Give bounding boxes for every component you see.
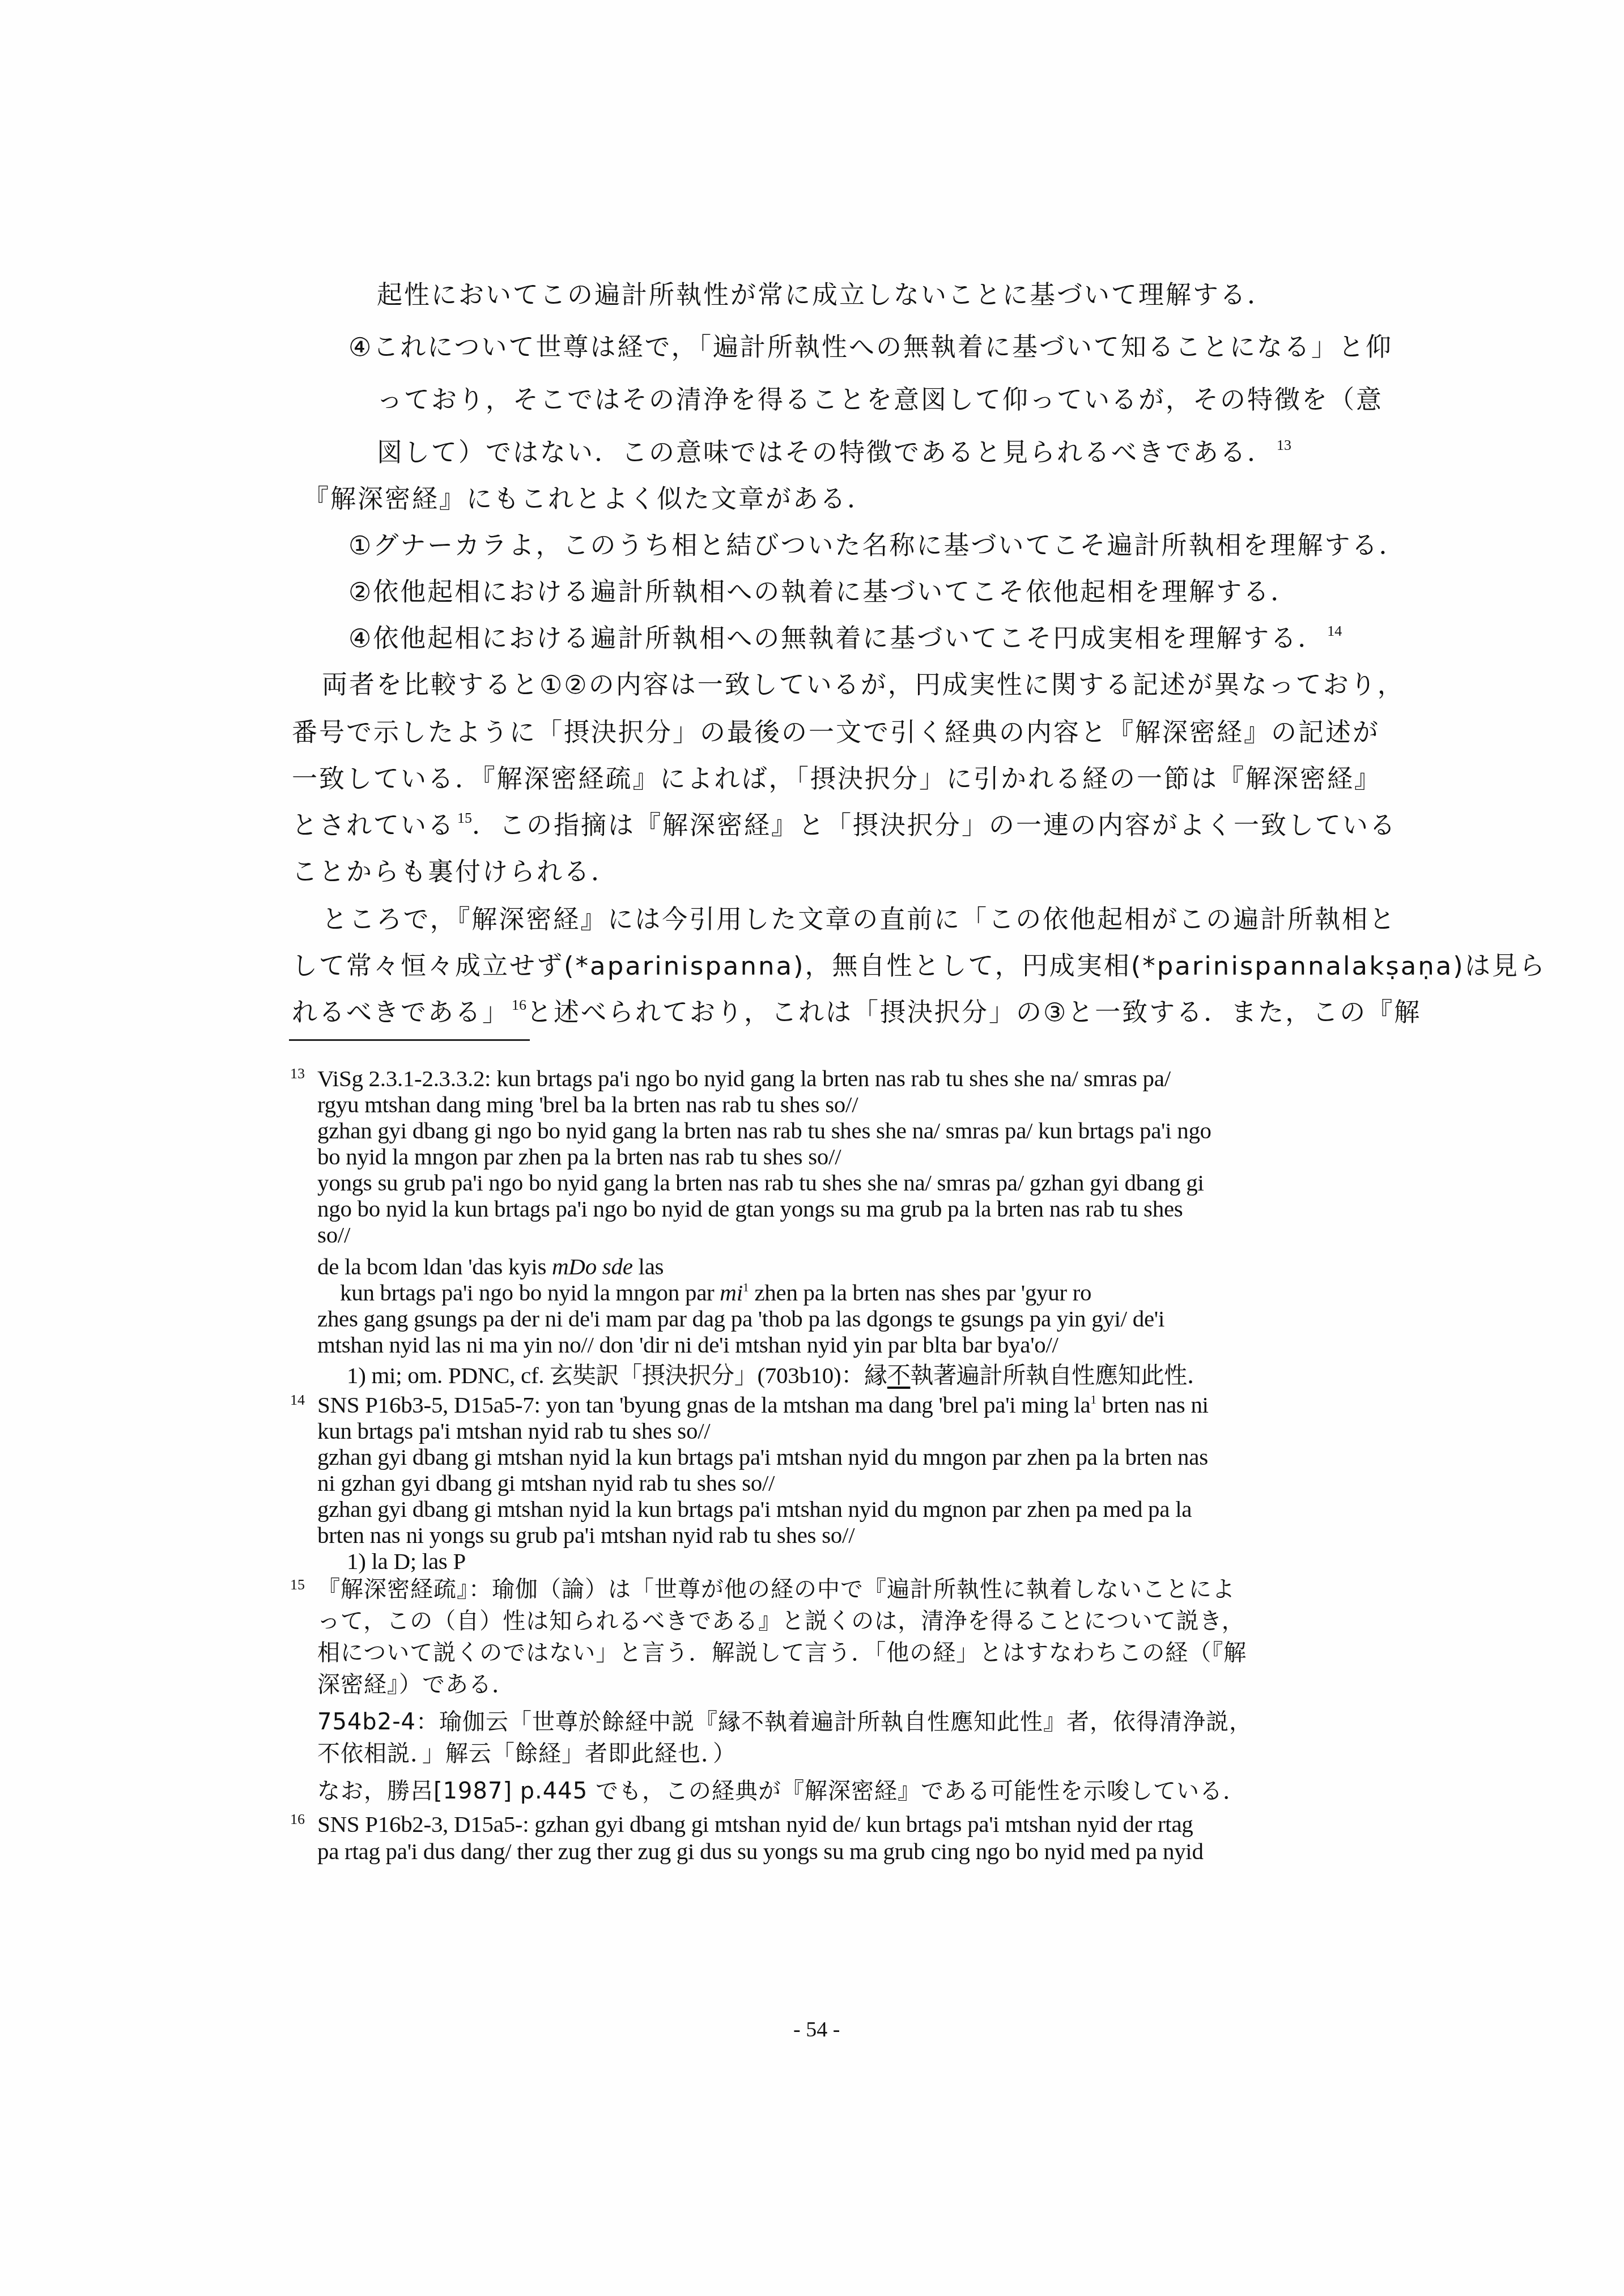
footnote-14-line: ni gzhan gyi dbang gi mtshan nyid rab tu… [317,1470,775,1496]
body-line: とされている15．この指摘は『解深密経』と「摂決択分」の一連の内容がよく一致して… [292,813,1397,838]
footnote-15-line: 不依相説．」解云「餘経」者即此経也．） [317,1741,736,1767]
body-line: 起性においてこの遍計所執性が常に成立しないことに基づいて理解する． [377,282,1274,308]
text: de la bcom ldan 'das kyis [317,1253,552,1279]
document-page: 起性においてこの遍計所執性が常に成立しないことに基づいて理解する． ④これについ… [0,0,1624,2296]
variant-ref: 1 [1090,1392,1096,1406]
text: SNS P16b3-5, D15a5-7: yon tan 'byung gna… [317,1392,1090,1418]
body-line: れるべきである」16と述べられており，これは「摂決択分」の③と一致する．また，こ… [292,1000,1421,1025]
variant-word: mi [720,1279,742,1306]
list-item-2: ②依他起相における遍計所執相への執着に基づいてこそ依他起相を理解する． [348,579,1298,605]
footnote-ref-14[interactable]: 14 [1327,623,1342,639]
footnote-14-line: gzhan gyi dbang gi mtshan nyid la kun br… [317,1496,1192,1522]
footnote-13-line: ngo bo nyid la kun brtags pa'i ngo bo ny… [317,1196,1183,1222]
footnote-14-line: kun brtags pa'i mtshan nyid rab tu shes … [317,1418,710,1444]
list-item-4: ④依他起相における遍計所執相への無執着に基づいてこそ円成実相を理解する．14 [348,626,1342,651]
text: las [633,1253,664,1279]
body-line: 番号で示したように「摂決択分」の最後の一文で引く経典の内容と『解深密経』の記述が [292,720,1380,745]
body-line-text: ④依他起相における遍計所執相への無執着に基づいてこそ円成実相を理解する． [348,623,1325,653]
footnote-15-line: って，この（自）性は知られるべきである』と説くのは，清浄を得ることについて説き， [317,1608,1245,1634]
footnote-14-line: brten nas ni yongs su grub pa'i mtshan n… [317,1522,854,1548]
title-italic: mDo sde [552,1253,633,1279]
body-line: ことからも裏付けられる． [292,859,618,885]
footnote-15-line: 深密経』）である． [317,1672,515,1698]
footnote-13-line: bo nyid la mngon par zhen pa la brten na… [317,1143,841,1170]
footnote-13-line: ViSg 2.3.1-2.3.3.2: kun brtags pa'i ngo … [317,1065,1171,1091]
body-line-text: ．この指摘は『解深密経』と「摂決択分」の一連の内容がよく一致している [472,810,1397,840]
footnote-number-16: 16 [290,1811,305,1828]
footnote-14-line: SNS P16b3-5, D15a5-7: yon tan 'byung gna… [317,1392,1209,1418]
footnote-13-quote: zhes gang gsungs pa der ni de'i mam par … [317,1306,1164,1332]
footnote-separator [289,1039,530,1041]
variant-ref: 1 [743,1280,749,1294]
footnote-13-quote: mtshan nyid las ni ma yin no// don 'dir … [317,1332,1058,1358]
body-line-text: とされている [292,810,455,840]
footnote-14-line: gzhan gyi dbang gi mtshan nyid la kun br… [317,1444,1208,1470]
body-line: 一致している．『解深密経疏』によれば，「摂決択分」に引かれる経の一節は『解深密経… [292,766,1381,792]
body-line: 両者を比較すると①②の内容は一致しているが，円成実性に関する記述が異なっており， [322,672,1405,698]
list-item-1: ①グナーカラよ，このうち相と結びついた名称に基づいてこそ遍計所執相を理解する． [348,533,1406,558]
footnote-ref-16[interactable]: 16 [512,997,526,1013]
footnote-number-15: 15 [290,1576,305,1593]
footnote-ref-15[interactable]: 15 [457,810,472,826]
footnote-13-variant: 1) mi; om. PDNC, cf. 玄奘訳「摂決択分」(703b10)：縁… [347,1362,1210,1388]
text: 執著遍計所執自性應知此性． [910,1362,1210,1388]
footnote-13-line: gzhan gyi dbang gi ngo bo nyid gang la b… [317,1117,1211,1143]
body-line: ところで，『解深密経』には今引用した文章の直前に「この依他起相がこの遍計所執相と [322,907,1396,932]
body-line: っており，そこではその清浄を得ることを意図して仰っているが，その特徴を（意 [377,387,1383,413]
body-line: ④これについて世尊は経で，「遍計所執性への無執着に基づいて知ることになる」と仰 [348,334,1393,360]
footnote-13-line: rgyu mtshan dang ming 'brel ba la brten … [317,1091,858,1117]
text: kun brtags pa'i ngo bo nyid la mngon par [340,1279,720,1306]
footnote-13-line: yongs su grub pa'i ngo bo nyid gang la b… [317,1170,1204,1196]
footnote-ref-13[interactable]: 13 [1277,437,1291,453]
body-line-text: れるべきである」 [292,997,509,1027]
footnote-15-line: 相について説くのではない」と言う．解説して言う．「他の経」とはすなわちこの経（『… [317,1640,1247,1666]
footnote-15-line: 『解深密経疏』：瑜伽（論）は「世尊が他の経の中で『遍計所執性に執着しないことによ [317,1576,1235,1602]
body-line: 図して）ではない．この意味ではその特徴であると見られるべきである．13 [377,440,1291,465]
body-line: 『解深密経』にもこれとよく似た文章がある． [303,486,874,512]
footnote-13-line: so// [317,1222,350,1248]
footnote-14-variant: 1) la D; las P [347,1548,466,1574]
text: zhen pa la brten nas shes par 'gyur ro [749,1279,1091,1306]
body-line: して常々恒々成立せず(*aparinispanna)，無自性として，円成実相(*… [292,953,1546,979]
footnote-13-quote-intro: de la bcom ldan 'das kyis mDo sde las [317,1253,664,1279]
footnote-15-line: なお，勝呂[1987] p.445 でも，この経典が『解深密経』である可能性を示… [317,1778,1246,1804]
text: brten nas ni [1096,1392,1209,1418]
body-line-text: と述べられており，これは「摂決択分」の③と一致する．また，この『解 [526,997,1421,1027]
body-line-text: 図して）ではない．この意味ではその特徴であると見られるべきである． [377,437,1274,467]
footnote-13-quote: kun brtags pa'i ngo bo nyid la mngon par… [340,1279,1091,1306]
underlined-char: 不 [887,1362,911,1388]
footnote-number-13: 13 [290,1065,305,1082]
footnote-16-line: SNS P16b2-3, D15a5-: gzhan gyi dbang gi … [317,1811,1193,1837]
footnote-number-14: 14 [290,1392,305,1409]
text: 1) mi; om. PDNC, cf. 玄奘訳「摂決択分」(703b10)：縁 [347,1362,887,1388]
footnote-16-line: pa rtag pa'i dus dang/ ther zug ther zug… [317,1838,1204,1864]
footnote-15-line: 754b2-4：瑜伽云「世尊於餘経中説『縁不執着遍計所執自性應知此性』者，依得清… [317,1709,1252,1735]
page-number: - 54 - [793,2017,840,2042]
